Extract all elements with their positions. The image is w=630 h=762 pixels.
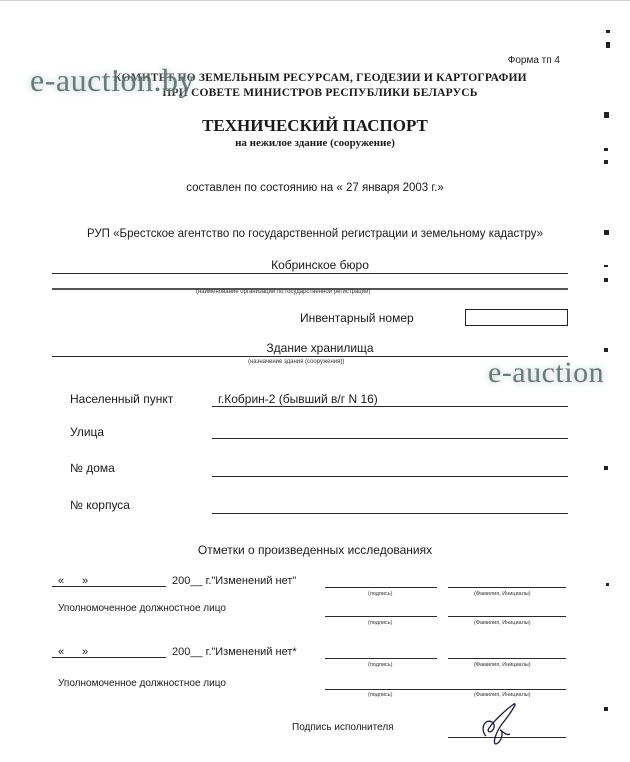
- mark-1-official-signature-line: [325, 616, 437, 617]
- document-subtitle: на нежилое здание (сооружение): [0, 137, 630, 149]
- street-underline: [212, 438, 568, 439]
- street-label: Улица: [70, 425, 104, 439]
- as-of-date: составлен по состоянию на « 27 января 20…: [0, 182, 630, 194]
- settlement-label: Населенный пункт: [70, 392, 173, 406]
- research-heading: Отметки о произведенных исследованиях: [0, 543, 630, 557]
- mark-1-official-name-line: [448, 616, 566, 617]
- mark-1-name-caption: (Фамилия, Инициалы): [474, 591, 531, 597]
- mark-1-official-signature-caption: (подпись): [368, 620, 392, 626]
- mark-1-official-name-caption: (Фамилия, Инициалы): [474, 620, 531, 626]
- inventory-label: Инвентарный номер: [300, 311, 414, 325]
- form-label: Форма тп 4: [508, 55, 560, 66]
- building-block-label: № корпуса: [70, 498, 130, 512]
- settlement-underline: [212, 406, 568, 407]
- house-number-label: № дома: [70, 461, 115, 475]
- watermark-e-auction-by: e-auction.by: [30, 62, 195, 99]
- executor-signature-label: Подпись исполнителя: [292, 722, 394, 733]
- mark-1-signature-caption: (подпись): [368, 591, 392, 597]
- mark-2-name-caption: (Фамилия, Инициалы): [474, 662, 531, 668]
- mark-2-official-name-caption: (Фамилия, Инициалы): [474, 692, 531, 698]
- mark-2-signature-caption: (подпись): [368, 662, 392, 668]
- inventory-number-field[interactable]: [465, 309, 568, 326]
- mark-1-signature-line: [325, 587, 437, 588]
- mark-2-date-underline: [52, 657, 166, 658]
- settlement-value: г.Кобрин-2 (бывший в/г N 16): [218, 392, 378, 406]
- mark-1-name-line: [448, 587, 566, 588]
- bureau-name: Кобринское бюро: [210, 258, 430, 272]
- page-top-edge: [0, 0, 630, 1]
- mark-1-date-underline: [52, 586, 166, 587]
- mark-2-official-signature-caption: (подпись): [368, 692, 392, 698]
- mark-2-year-text: 200__ г."Изменений нет*: [172, 646, 297, 658]
- mark-2-official-line: [325, 689, 566, 690]
- mark-2-name-line: [448, 658, 566, 659]
- mark-1-year-text: 200__ г."Изменений нет": [172, 575, 296, 587]
- bureau-caption: (наименование организации по государстве…: [196, 289, 370, 295]
- document-title: ТЕХНИЧЕСКИЙ ПАСПОРТ: [0, 116, 630, 136]
- building-block-underline: [212, 513, 568, 514]
- organization-name: РУП «Брестское агентство по государствен…: [0, 228, 630, 240]
- mark-1-official-label: Уполномоченное должностное лицо: [58, 603, 226, 614]
- building-purpose: Здание хранилища: [210, 341, 430, 355]
- building-caption: (назначение здания (сооружения)): [248, 359, 344, 365]
- watermark-e-auction: e-auction: [488, 356, 604, 390]
- handwritten-signature-icon: [478, 700, 528, 748]
- mark-2-signature-line: [325, 658, 437, 659]
- mark-2-official-label: Уполномоченное должностное лицо: [58, 678, 226, 689]
- house-number-underline: [212, 476, 568, 477]
- bureau-underline: [52, 273, 568, 274]
